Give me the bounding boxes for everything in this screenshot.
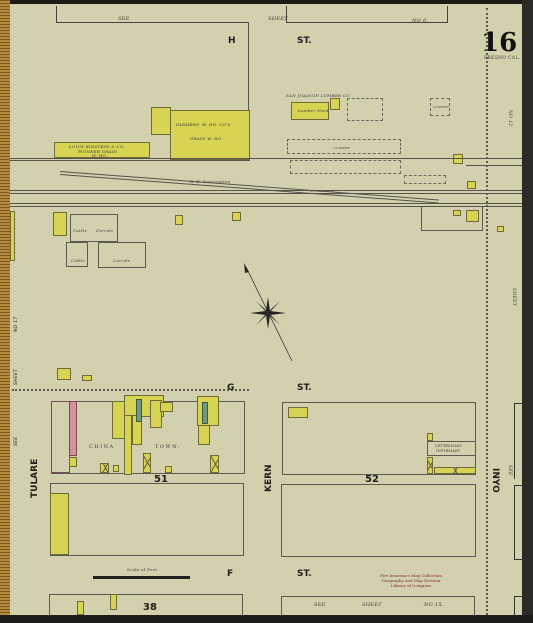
side-note-left-lower: SEE <box>14 437 19 446</box>
stone-building <box>136 399 142 422</box>
building <box>232 212 241 221</box>
building-frame-shed <box>210 455 219 473</box>
side-note-left-mid: SHEET <box>14 369 19 385</box>
label-lumber: LUMBER <box>334 146 350 150</box>
label-corrals: Corrals <box>96 228 113 233</box>
street-label-f: F <box>227 569 233 579</box>
bottom-see-label: SEE <box>314 602 326 608</box>
label-sj-lumber: SAN JOAQUIN LUMBER CO. <box>286 93 351 98</box>
lumber-yard <box>404 175 446 184</box>
label-veterinary: VETERINARY <box>435 444 462 448</box>
building-frame-shed <box>143 453 151 473</box>
stone-building <box>202 402 208 424</box>
label-town: TOWN. <box>155 444 181 450</box>
adjacent-sheet-bracket <box>514 403 523 479</box>
building-frame-shed <box>434 467 476 474</box>
building <box>288 407 308 418</box>
block-outline <box>281 484 476 557</box>
building <box>160 402 173 412</box>
bottom-sheet-label: SHEET <box>362 602 382 608</box>
street-dotted-line <box>12 389 249 391</box>
scale-label: Scale of Feet <box>127 567 157 572</box>
label-rr-reservation: R. R. Reservation <box>190 179 230 184</box>
building <box>467 181 476 189</box>
building <box>110 594 117 610</box>
railroad-track <box>10 203 522 204</box>
lumber-yard <box>347 98 383 121</box>
building <box>165 466 172 473</box>
building-farmers-warehouse <box>170 110 250 160</box>
cattle-corral <box>66 242 88 267</box>
street-label-g: G <box>227 383 234 393</box>
label-corrals: Corrals <box>113 258 130 263</box>
label-sj-shed: Lumber Shed <box>298 108 329 113</box>
label-cattle: Cattle <box>73 228 87 233</box>
inyo-street-centerline <box>486 8 488 615</box>
street-label-inyo: INYO <box>490 468 500 493</box>
sheet-bottom-edge <box>0 615 533 623</box>
measuring-ruler <box>0 0 10 623</box>
lumber-yard <box>290 160 401 174</box>
block-outline <box>282 402 476 475</box>
label-farmers: FARMERS' W. HO. CO'S <box>176 122 231 127</box>
top-see-sheet-box-left <box>56 6 249 23</box>
railroad-track <box>10 160 250 161</box>
sheet-edge <box>522 0 533 623</box>
adjacent-sheet-bracket <box>514 485 523 560</box>
brick-building-outline <box>51 401 70 473</box>
sanborn-map-sheet: SEE SHEET NO 6. 16 FRESNO CAL. H ST. FAR… <box>0 0 533 623</box>
building <box>330 98 340 110</box>
railroad-track <box>466 165 522 166</box>
building <box>466 210 479 222</box>
label-rr-track: SO. PAC. R.R. <box>310 189 335 193</box>
scale-bar <box>93 576 190 579</box>
building-frame-shed <box>100 463 109 473</box>
building <box>77 601 84 615</box>
street-label-h: H <box>228 36 236 46</box>
building <box>497 226 504 232</box>
label-lumber: LUMBER <box>433 105 449 109</box>
top-sheet-label: SHEET <box>268 16 288 22</box>
label-grain-warehouse: GRAIN W. HO. <box>190 136 223 141</box>
building <box>453 210 461 216</box>
top-sheet-number: NO 6. <box>412 18 428 24</box>
cattle-corral <box>98 242 146 268</box>
side-note-right-lower: SEE <box>507 465 512 476</box>
building <box>453 154 463 164</box>
adjacent-sheet-bracket <box>514 596 523 617</box>
building <box>113 465 119 472</box>
building <box>53 212 67 236</box>
city-label: FRESNO CAL. <box>484 56 520 61</box>
label-china: CHINA <box>89 444 115 450</box>
building <box>69 457 77 467</box>
building <box>198 425 210 445</box>
railroad-track <box>10 158 522 159</box>
top-see-label: SEE <box>118 16 130 22</box>
building <box>427 433 433 441</box>
side-note-right-upper: NO 12 <box>507 110 512 126</box>
building <box>10 211 15 261</box>
street-label-h-st: ST. <box>297 36 312 46</box>
building <box>124 415 132 475</box>
block-number-38: 38 <box>143 602 157 613</box>
label-infirmary: INFIRMARY <box>436 449 461 453</box>
brick-building <box>69 401 77 456</box>
side-note-left-upper: NO 17 <box>14 316 19 332</box>
railroad-track <box>10 193 522 194</box>
street-label-f-st: ST. <box>297 569 312 579</box>
street-line <box>248 22 249 110</box>
street-label-tulare: TULARE <box>30 459 40 498</box>
building <box>197 396 219 426</box>
label-cattle: Cattle <box>71 258 85 263</box>
building <box>57 368 71 380</box>
building-frame-shed <box>427 457 433 474</box>
bottom-sheet-number: NO 15. <box>424 602 444 608</box>
street-label-g-st: ST. <box>297 383 312 393</box>
compass-rose-icon <box>230 255 310 365</box>
building <box>175 215 183 225</box>
building <box>50 493 69 555</box>
stamp-line: Library of Congress <box>380 583 442 588</box>
library-stamp: Fire Insurance Map Collection Geography … <box>380 573 442 588</box>
building <box>151 107 171 135</box>
street-label-kern: KERN <box>264 464 274 492</box>
block-outline <box>50 483 244 556</box>
building <box>82 375 92 381</box>
side-note-right-mid: SHEET <box>511 288 516 306</box>
